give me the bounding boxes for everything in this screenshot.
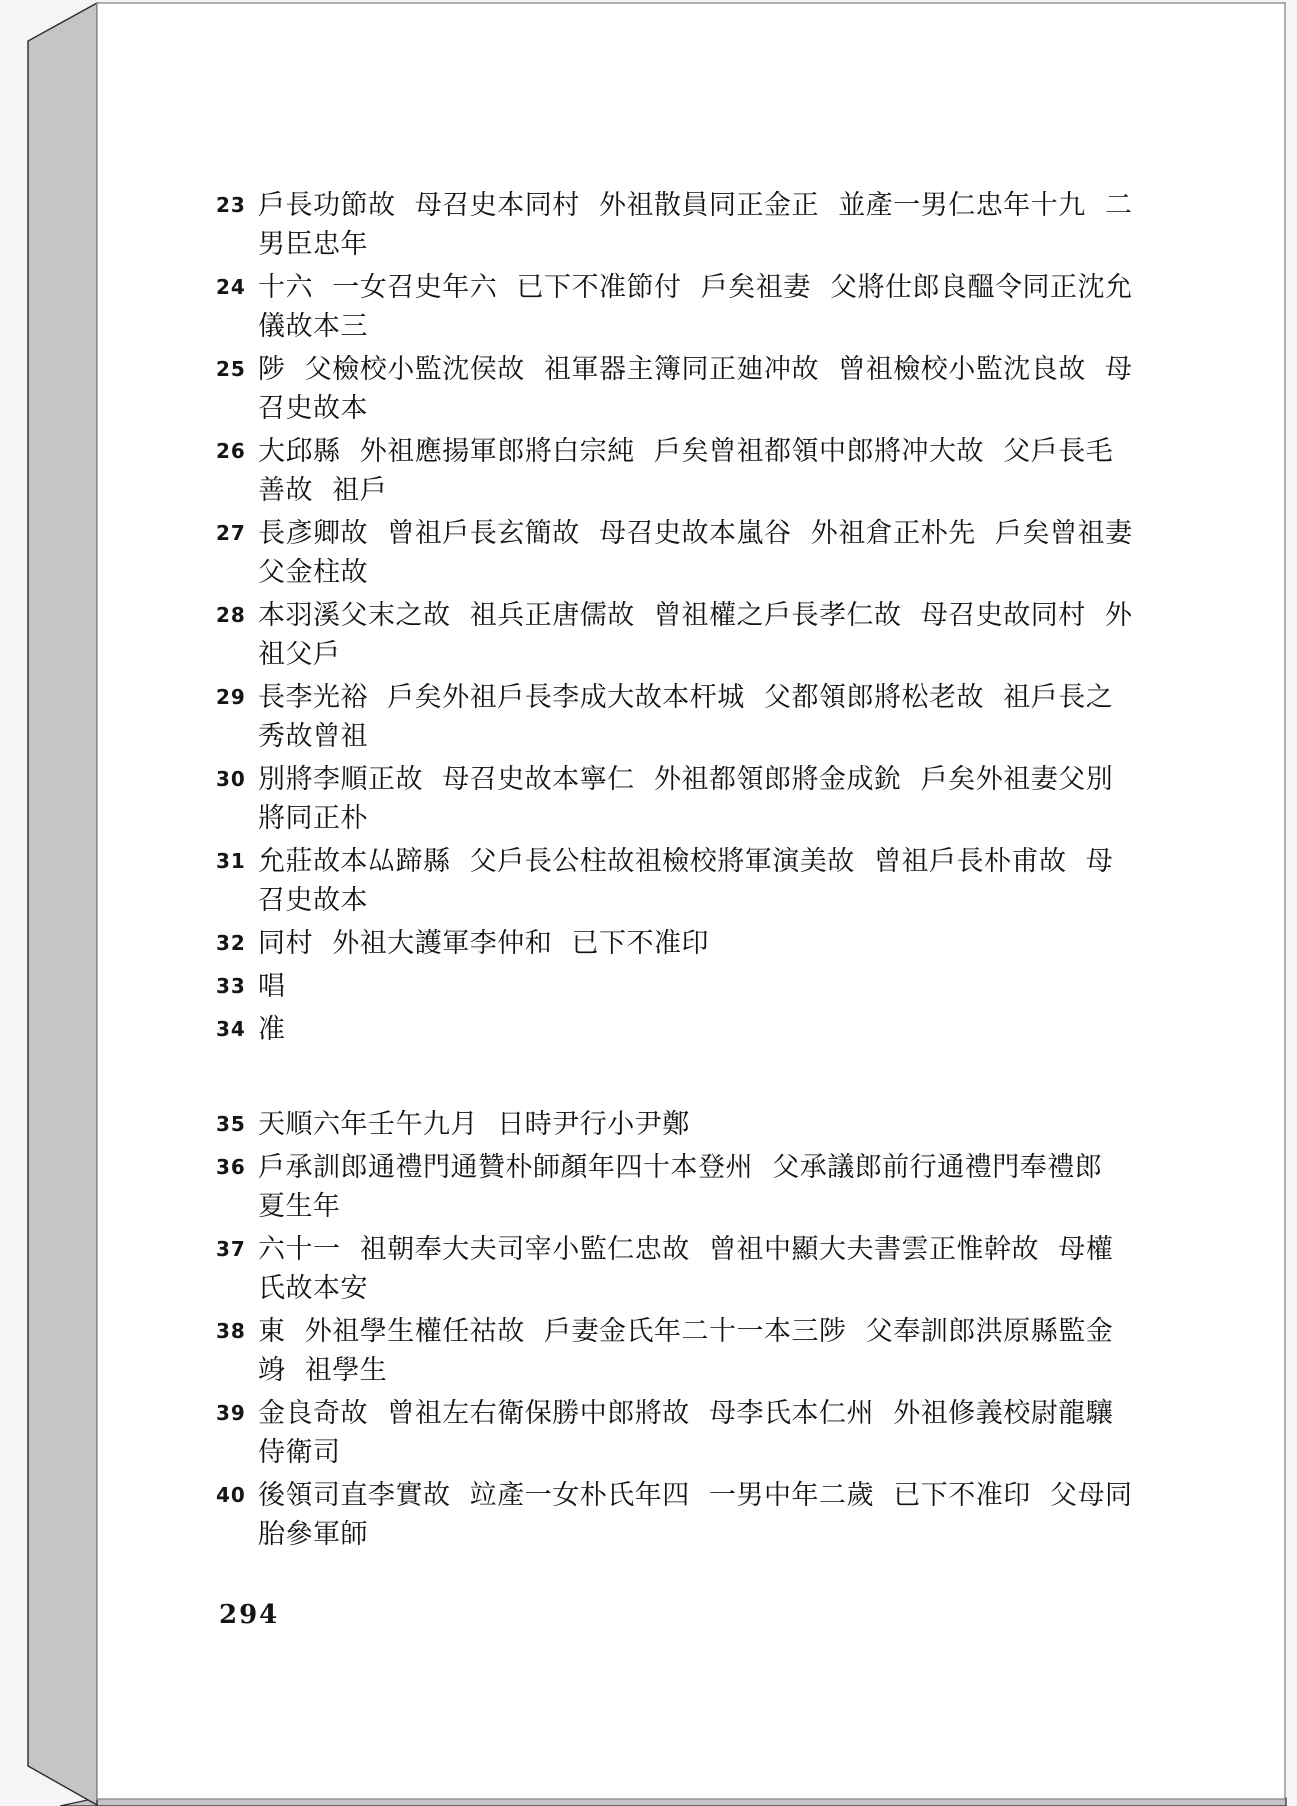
entry-text-line: 秀故曾祖 (258, 717, 1046, 756)
entry-text-line: 男臣忠年 (258, 225, 1046, 264)
entry-text-line: 同村 外祖大護軍李仲和 已下不准印 (258, 924, 1046, 963)
entry-text-line: 允莊故本厸蹄縣 父戶長公柱故祖檢校將軍演美故 曾祖戶長朴甫故 母 (258, 842, 1046, 881)
entry-text-line: 長彥卿故 曾祖戶長玄簡故 母召史故本嵐谷 外祖倉正朴先 戶矣曾祖妻 (258, 514, 1046, 553)
entry-lines: 十六 一女召史年六 已下不准節付 戶矣祖妻 父將仕郎良醞令同正沈允儀故本三 (258, 268, 1046, 346)
entry-number: 26 (216, 432, 246, 471)
entry-text-line: 本羽溪父末之故 祖兵正唐儒故 曾祖權之戶長孝仁故 母召史故同村 外 (258, 596, 1046, 635)
entry-lines: 本羽溪父末之故 祖兵正唐儒故 曾祖權之戶長孝仁故 母召史故同村 外祖父戶 (258, 596, 1046, 674)
entry-number: 37 (216, 1230, 246, 1269)
entry-number: 32 (216, 924, 246, 963)
entry-number: 25 (216, 350, 246, 389)
entry-text-line: 召史故本 (258, 881, 1046, 920)
entry-number: 36 (216, 1148, 246, 1187)
register-entry: 29 長李光裕 戶矣外祖戶長李成大故本杆城 父都領郎將松老故 祖戶長之秀故曾祖 (216, 678, 1046, 756)
entry-text-line: 將同正朴 (258, 799, 1046, 838)
entry-text-line: 祖父戶 (258, 635, 1046, 674)
entry-number: 40 (216, 1476, 246, 1515)
register-entry: 35 天順六年壬午九月 日時尹行小尹鄭 (216, 1105, 1046, 1144)
entry-lines: 戶承訓郎通禮門通贊朴師顏年四十本登州 父承議郎前行通禮門奉禮郎夏生年 (258, 1148, 1046, 1226)
entry-text-line: 戶長功節故 母召史本同村 外祖散員同正金正 並產一男仁忠年十九 二 (258, 186, 1046, 225)
entry-lines: 別將李順正故 母召史故本寧仁 外祖都領郎將金成鈗 戶矣外祖妻父別將同正朴 (258, 760, 1046, 838)
register-entry: 33 唱 (216, 967, 1046, 1006)
entry-number: 31 (216, 842, 246, 881)
entry-text-line: 准 (258, 1010, 1046, 1049)
entry-lines: 唱 (258, 967, 1046, 1006)
register-entry: 30 別將李順正故 母召史故本寧仁 外祖都領郎將金成鈗 戶矣外祖妻父別將同正朴 (216, 760, 1046, 838)
entry-text-line: 天順六年壬午九月 日時尹行小尹鄭 (258, 1105, 1046, 1144)
entry-lines: 陟 父檢校小監沈侯故 祖軍器主簿同正廸冲故 曾祖檢校小監沈良故 母召史故本 (258, 350, 1046, 428)
entry-text-line: 戶承訓郎通禮門通贊朴師顏年四十本登州 父承議郎前行通禮門奉禮郎 (258, 1148, 1046, 1187)
entry-number: 27 (216, 514, 246, 553)
entry-lines: 金良奇故 曾祖左右衛保勝中郎將故 母李氏本仁州 外祖修義校尉龍驤侍衛司 (258, 1394, 1046, 1472)
entry-number: 33 (216, 967, 246, 1006)
entry-text-line: 胎參軍師 (258, 1515, 1046, 1554)
entry-text-line: 別將李順正故 母召史故本寧仁 外祖都領郎將金成鈗 戶矣外祖妻父別 (258, 760, 1046, 799)
entry-text-line: 金良奇故 曾祖左右衛保勝中郎將故 母李氏本仁州 外祖修義校尉龍驤 (258, 1394, 1046, 1433)
entry-number: 34 (216, 1010, 246, 1049)
register-entry: 39 金良奇故 曾祖左右衛保勝中郎將故 母李氏本仁州 外祖修義校尉龍驤侍衛司 (216, 1394, 1046, 1472)
entry-number: 29 (216, 678, 246, 717)
entry-number: 24 (216, 268, 246, 307)
entry-number: 23 (216, 186, 246, 225)
entry-text-line: 十六 一女召史年六 已下不准節付 戶矣祖妻 父將仕郎良醞令同正沈允 (258, 268, 1046, 307)
entry-text-line: 陟 父檢校小監沈侯故 祖軍器主簿同正廸冲故 曾祖檢校小監沈良故 母 (258, 350, 1046, 389)
entry-number: 28 (216, 596, 246, 635)
entry-text-line: 六十一 祖朝奉大夫司宰小監仁忠故 曾祖中顯大夫書雲正惟幹故 母權 (258, 1230, 1046, 1269)
entry-text-line: 善故 祖戶 (258, 471, 1046, 510)
entry-lines: 東 外祖學生權任祜故 戶妻金氏年二十一本三陟 父奉訓郎洪原縣監金竧 祖學生 (258, 1312, 1046, 1390)
book-page: 23 戶長功節故 母召史本同村 外祖散員同正金正 並產一男仁忠年十九 二男臣忠年… (0, 0, 1297, 1806)
register-entries: 23 戶長功節故 母召史本同村 外祖散員同正金正 並產一男仁忠年十九 二男臣忠年… (216, 186, 1046, 1558)
entry-lines: 戶長功節故 母召史本同村 外祖散員同正金正 並產一男仁忠年十九 二男臣忠年 (258, 186, 1046, 264)
entry-number: 39 (216, 1394, 246, 1433)
register-entry: 34 准 (216, 1010, 1046, 1049)
entry-text-line: 竧 祖學生 (258, 1351, 1046, 1390)
entry-text-line: 東 外祖學生權任祜故 戶妻金氏年二十一本三陟 父奉訓郎洪原縣監金 (258, 1312, 1046, 1351)
entry-lines: 長李光裕 戶矣外祖戶長李成大故本杆城 父都領郎將松老故 祖戶長之秀故曾祖 (258, 678, 1046, 756)
register-entry: 26 大邱縣 外祖應揚軍郎將白宗純 戶矣曾祖都領中郎將冲大故 父戶長毛善故 祖戶 (216, 432, 1046, 510)
register-entry: 27 長彥卿故 曾祖戶長玄簡故 母召史故本嵐谷 外祖倉正朴先 戶矣曾祖妻父金柱故 (216, 514, 1046, 592)
book-scan: 23 戶長功節故 母召史本同村 外祖散員同正金正 並產一男仁忠年十九 二男臣忠年… (0, 0, 1297, 1806)
entry-number: 30 (216, 760, 246, 799)
register-entry: 25 陟 父檢校小監沈侯故 祖軍器主簿同正廸冲故 曾祖檢校小監沈良故 母召史故本 (216, 350, 1046, 428)
entry-lines: 長彥卿故 曾祖戶長玄簡故 母召史故本嵐谷 外祖倉正朴先 戶矣曾祖妻父金柱故 (258, 514, 1046, 592)
entry-lines: 大邱縣 外祖應揚軍郎將白宗純 戶矣曾祖都領中郎將冲大故 父戶長毛善故 祖戶 (258, 432, 1046, 510)
entry-lines: 同村 外祖大護軍李仲和 已下不准印 (258, 924, 1046, 963)
entry-lines: 天順六年壬午九月 日時尹行小尹鄭 (258, 1105, 1046, 1144)
entry-text-line: 父金柱故 (258, 553, 1046, 592)
entry-text-line: 唱 (258, 967, 1046, 1006)
register-entry: 24 十六 一女召史年六 已下不准節付 戶矣祖妻 父將仕郎良醞令同正沈允儀故本三 (216, 268, 1046, 346)
register-entry: 31 允莊故本厸蹄縣 父戶長公柱故祖檢校將軍演美故 曾祖戶長朴甫故 母召史故本 (216, 842, 1046, 920)
register-entry: 37 六十一 祖朝奉大夫司宰小監仁忠故 曾祖中顯大夫書雲正惟幹故 母權氏故本安 (216, 1230, 1046, 1308)
register-entry: 28 本羽溪父末之故 祖兵正唐儒故 曾祖權之戶長孝仁故 母召史故同村 外祖父戶 (216, 596, 1046, 674)
register-entry: 40 後領司直李實故 竝產一女朴氏年四 一男中年二歲 已下不准印 父母同胎參軍師 (216, 1476, 1046, 1554)
register-entry: 36 戶承訓郎通禮門通贊朴師顏年四十本登州 父承議郎前行通禮門奉禮郎夏生年 (216, 1148, 1046, 1226)
page-number: 294 (219, 1600, 279, 1630)
entry-text-line: 大邱縣 外祖應揚軍郎將白宗純 戶矣曾祖都領中郎將冲大故 父戶長毛 (258, 432, 1046, 471)
entry-text-line: 夏生年 (258, 1187, 1046, 1226)
entry-text-line: 儀故本三 (258, 307, 1046, 346)
entry-text-line: 後領司直李實故 竝產一女朴氏年四 一男中年二歲 已下不准印 父母同 (258, 1476, 1046, 1515)
entry-lines: 准 (258, 1010, 1046, 1049)
entry-text-line: 長李光裕 戶矣外祖戶長李成大故本杆城 父都領郎將松老故 祖戶長之 (258, 678, 1046, 717)
entry-text-line: 侍衛司 (258, 1433, 1046, 1472)
entry-lines: 後領司直李實故 竝產一女朴氏年四 一男中年二歲 已下不准印 父母同胎參軍師 (258, 1476, 1046, 1554)
register-entry: 23 戶長功節故 母召史本同村 外祖散員同正金正 並產一男仁忠年十九 二男臣忠年 (216, 186, 1046, 264)
register-entry: 38 東 外祖學生權任祜故 戶妻金氏年二十一本三陟 父奉訓郎洪原縣監金竧 祖學生 (216, 1312, 1046, 1390)
entry-text-line: 氏故本安 (258, 1269, 1046, 1308)
register-entry: 32 同村 外祖大護軍李仲和 已下不准印 (216, 924, 1046, 963)
entry-text-line: 召史故本 (258, 389, 1046, 428)
entry-number: 38 (216, 1312, 246, 1351)
entry-number: 35 (216, 1105, 246, 1144)
entry-lines: 允莊故本厸蹄縣 父戶長公柱故祖檢校將軍演美故 曾祖戶長朴甫故 母召史故本 (258, 842, 1046, 920)
entry-lines: 六十一 祖朝奉大夫司宰小監仁忠故 曾祖中顯大夫書雲正惟幹故 母權氏故本安 (258, 1230, 1046, 1308)
